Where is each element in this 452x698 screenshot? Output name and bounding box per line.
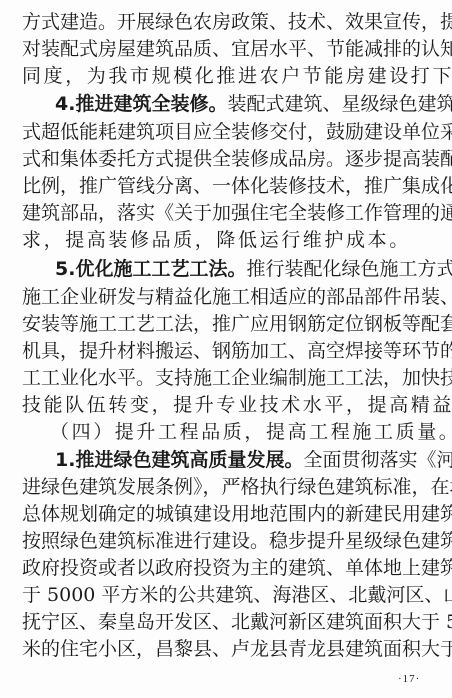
body-line: 技能队伍转变，提升专业技术水平，提高精益化施工能力。	[22, 393, 414, 417]
subsection-heading: （四）提升工程品质，提高工程施工质量。	[50, 420, 409, 444]
body-line: 式和集体委托方式提供全装修成品房。逐步提高装配化装修	[22, 147, 414, 171]
line-text: 式超低能耗建筑项目应全装修交付，鼓励建设单位采用菜单	[22, 121, 452, 143]
line-text: 工工业化水平。支持施工企业编制施工工法，加快技术工艺、	[22, 367, 452, 389]
line-text: 施工企业研发与精益化施工相适应的部品部件吊装、运输、	[22, 286, 452, 308]
line-text: 式和集体委托方式提供全装修成品房。逐步提高装配化装修	[22, 148, 452, 170]
line-text: 比例，推广管线分离、一体化装修技术，推广集成化模块化	[22, 175, 452, 197]
body-line: 比例，推广管线分离、一体化装修技术，推广集成化模块化	[22, 174, 414, 198]
line-text: 推行装配化绿色施工方式，引导	[246, 258, 452, 280]
line-text: 求，提高装修品质，降低运行维护成本。	[22, 229, 411, 251]
section-heading: 4.推进建筑全装修。	[55, 93, 227, 115]
line-text: 安装等施工工艺工法，推广应用钢筋定位钢板等配套装备和	[22, 313, 452, 335]
line-text: 米的住宅小区，昌黎县、卢龙县青龙县建筑面积大于 10 万平	[22, 638, 452, 660]
body-line: 对装配式房屋建筑品质、宜居水平、节能减排的认知度、认	[22, 37, 414, 61]
section-heading: 1.推进绿色建筑高质量发展。	[55, 449, 303, 471]
body-line: 建筑部品，落实《关于加强住宅全装修工作管理的通知》要	[22, 201, 414, 225]
section-5-line: 5.优化施工工艺工法。推行装配化绿色施工方式，引导	[55, 257, 414, 281]
body-line: 按照绿色建筑标准进行建设。稳步提升星级绿色建筑规模，	[22, 529, 414, 553]
body-line: 进绿色建筑发展条例》，严格执行绿色建筑标准，在城市、镇	[22, 475, 414, 499]
line-text: 按照绿色建筑标准进行建设。稳步提升星级绿色建筑规模，	[22, 530, 452, 552]
body-line: 施工企业研发与精益化施工相适应的部品部件吊装、运输、	[22, 285, 414, 309]
body-line: 式超低能耗建筑项目应全装修交付，鼓励建设单位采用菜单	[22, 120, 414, 144]
document-page: 方式建造。开展绿色农房政策、技术、效果宣传，提升百姓 对装配式房屋建筑品质、宜居…	[0, 0, 452, 698]
line-text: 方式建造。开展绿色农房政策、技术、效果宣传，提升百姓	[22, 11, 452, 33]
line-text: 抚宁区、秦皇岛开发区、北戴河新区建筑面积大于 5 万平方	[22, 611, 452, 633]
line-text: 装配式建筑、星级绿色建筑、被动	[227, 93, 452, 115]
body-line: 工工业化水平。支持施工企业编制施工工法，加快技术工艺、	[22, 366, 414, 390]
body-line: 安装等施工工艺工法，推广应用钢筋定位钢板等配套装备和	[22, 312, 414, 336]
line-text: （四）提升工程品质，提高工程施工质量。	[50, 421, 452, 443]
line-text: 于 5000 平方米的公共建筑、海港区、北戴河区、山海关区、	[22, 584, 452, 606]
line-text: 总体规划确定的城镇建设用地范围内的新建民用建筑，全部	[22, 503, 452, 525]
body-line: 于 5000 平方米的公共建筑、海港区、北戴河区、山海关区、	[22, 583, 414, 607]
body-line: 同度，为我市规模化推进农户节能房建设打下良好基础。	[22, 64, 414, 88]
section-heading: 5.优化施工工艺工法。	[55, 258, 246, 280]
line-text: 对装配式房屋建筑品质、宜居水平、节能减排的认知度、认	[22, 38, 452, 60]
body-line: 总体规划确定的城镇建设用地范围内的新建民用建筑，全部	[22, 502, 414, 526]
page-number: ·17·	[398, 673, 420, 685]
line-text: 进绿色建筑发展条例》，严格执行绿色建筑标准，在城市、镇	[22, 476, 452, 498]
section-4-line: 4.推进建筑全装修。装配式建筑、星级绿色建筑、被动	[55, 92, 414, 116]
body-line: 抚宁区、秦皇岛开发区、北戴河新区建筑面积大于 5 万平方	[22, 610, 414, 634]
line-text: 建筑部品，落实《关于加强住宅全装修工作管理的通知》要	[22, 202, 452, 224]
body-line: 机具，提升材料搬运、钢筋加工、高空焊接等环节的现场施	[22, 339, 414, 363]
line-text: 机具，提升材料搬运、钢筋加工、高空焊接等环节的现场施	[22, 340, 452, 362]
line-text: 全面贯彻落实《河北省促	[303, 449, 452, 471]
section-1-line: 1.推进绿色建筑高质量发展。全面贯彻落实《河北省促	[55, 448, 414, 472]
line-text: 同度，为我市规模化推进农户节能房建设打下良好基础。	[22, 65, 452, 87]
line-text: 技能队伍转变，提升专业技术水平，提高精益化施工能力。	[22, 394, 452, 416]
body-line: 政府投资或者以政府投资为主的建筑、单体地上建筑面积大	[22, 556, 414, 580]
body-line: 方式建造。开展绿色农房政策、技术、效果宣传，提升百姓	[22, 10, 414, 34]
body-line: 求，提高装修品质，降低运行维护成本。	[22, 228, 414, 252]
line-text: 政府投资或者以政府投资为主的建筑、单体地上建筑面积大	[22, 557, 452, 579]
body-line: 米的住宅小区，昌黎县、卢龙县青龙县建筑面积大于 10 万平	[22, 637, 414, 661]
